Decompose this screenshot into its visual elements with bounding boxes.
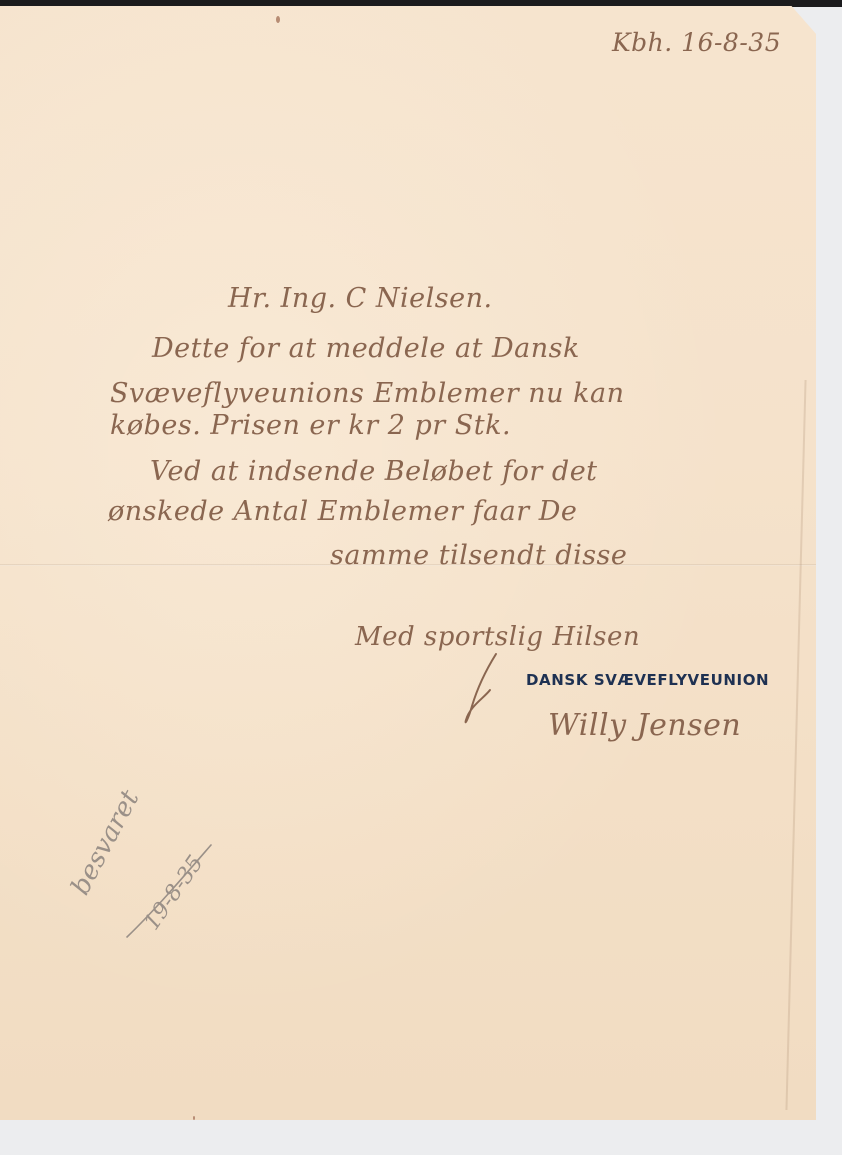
scanner-top-edge — [0, 0, 842, 7]
letterhead-stamp: DANSK SVÆVEFLYVEUNION — [526, 671, 769, 689]
letter-date: Kbh. 16-8-35 — [612, 28, 781, 57]
body-line-1: Dette for at meddele at Dansk — [152, 333, 580, 364]
closing-greeting: Med sportslig Hilsen — [355, 622, 640, 652]
body-line-3: købes. Prisen er kr 2 pr Stk. — [110, 410, 511, 441]
per-procuration-mark — [460, 650, 500, 730]
signature: Willy Jensen — [548, 708, 741, 743]
body-line-6: samme tilsendt disse — [330, 540, 627, 571]
paper-stain — [276, 16, 280, 23]
salutation: Hr. Ing. C Nielsen. — [228, 283, 493, 314]
body-line-4: Ved at indsende Beløbet for det — [150, 456, 598, 487]
paper-stain — [193, 1116, 195, 1120]
body-line-2: Svæveflyveunions Emblemer nu kan — [110, 378, 624, 409]
body-line-5: ønskede Antal Emblemer faar De — [108, 496, 577, 527]
